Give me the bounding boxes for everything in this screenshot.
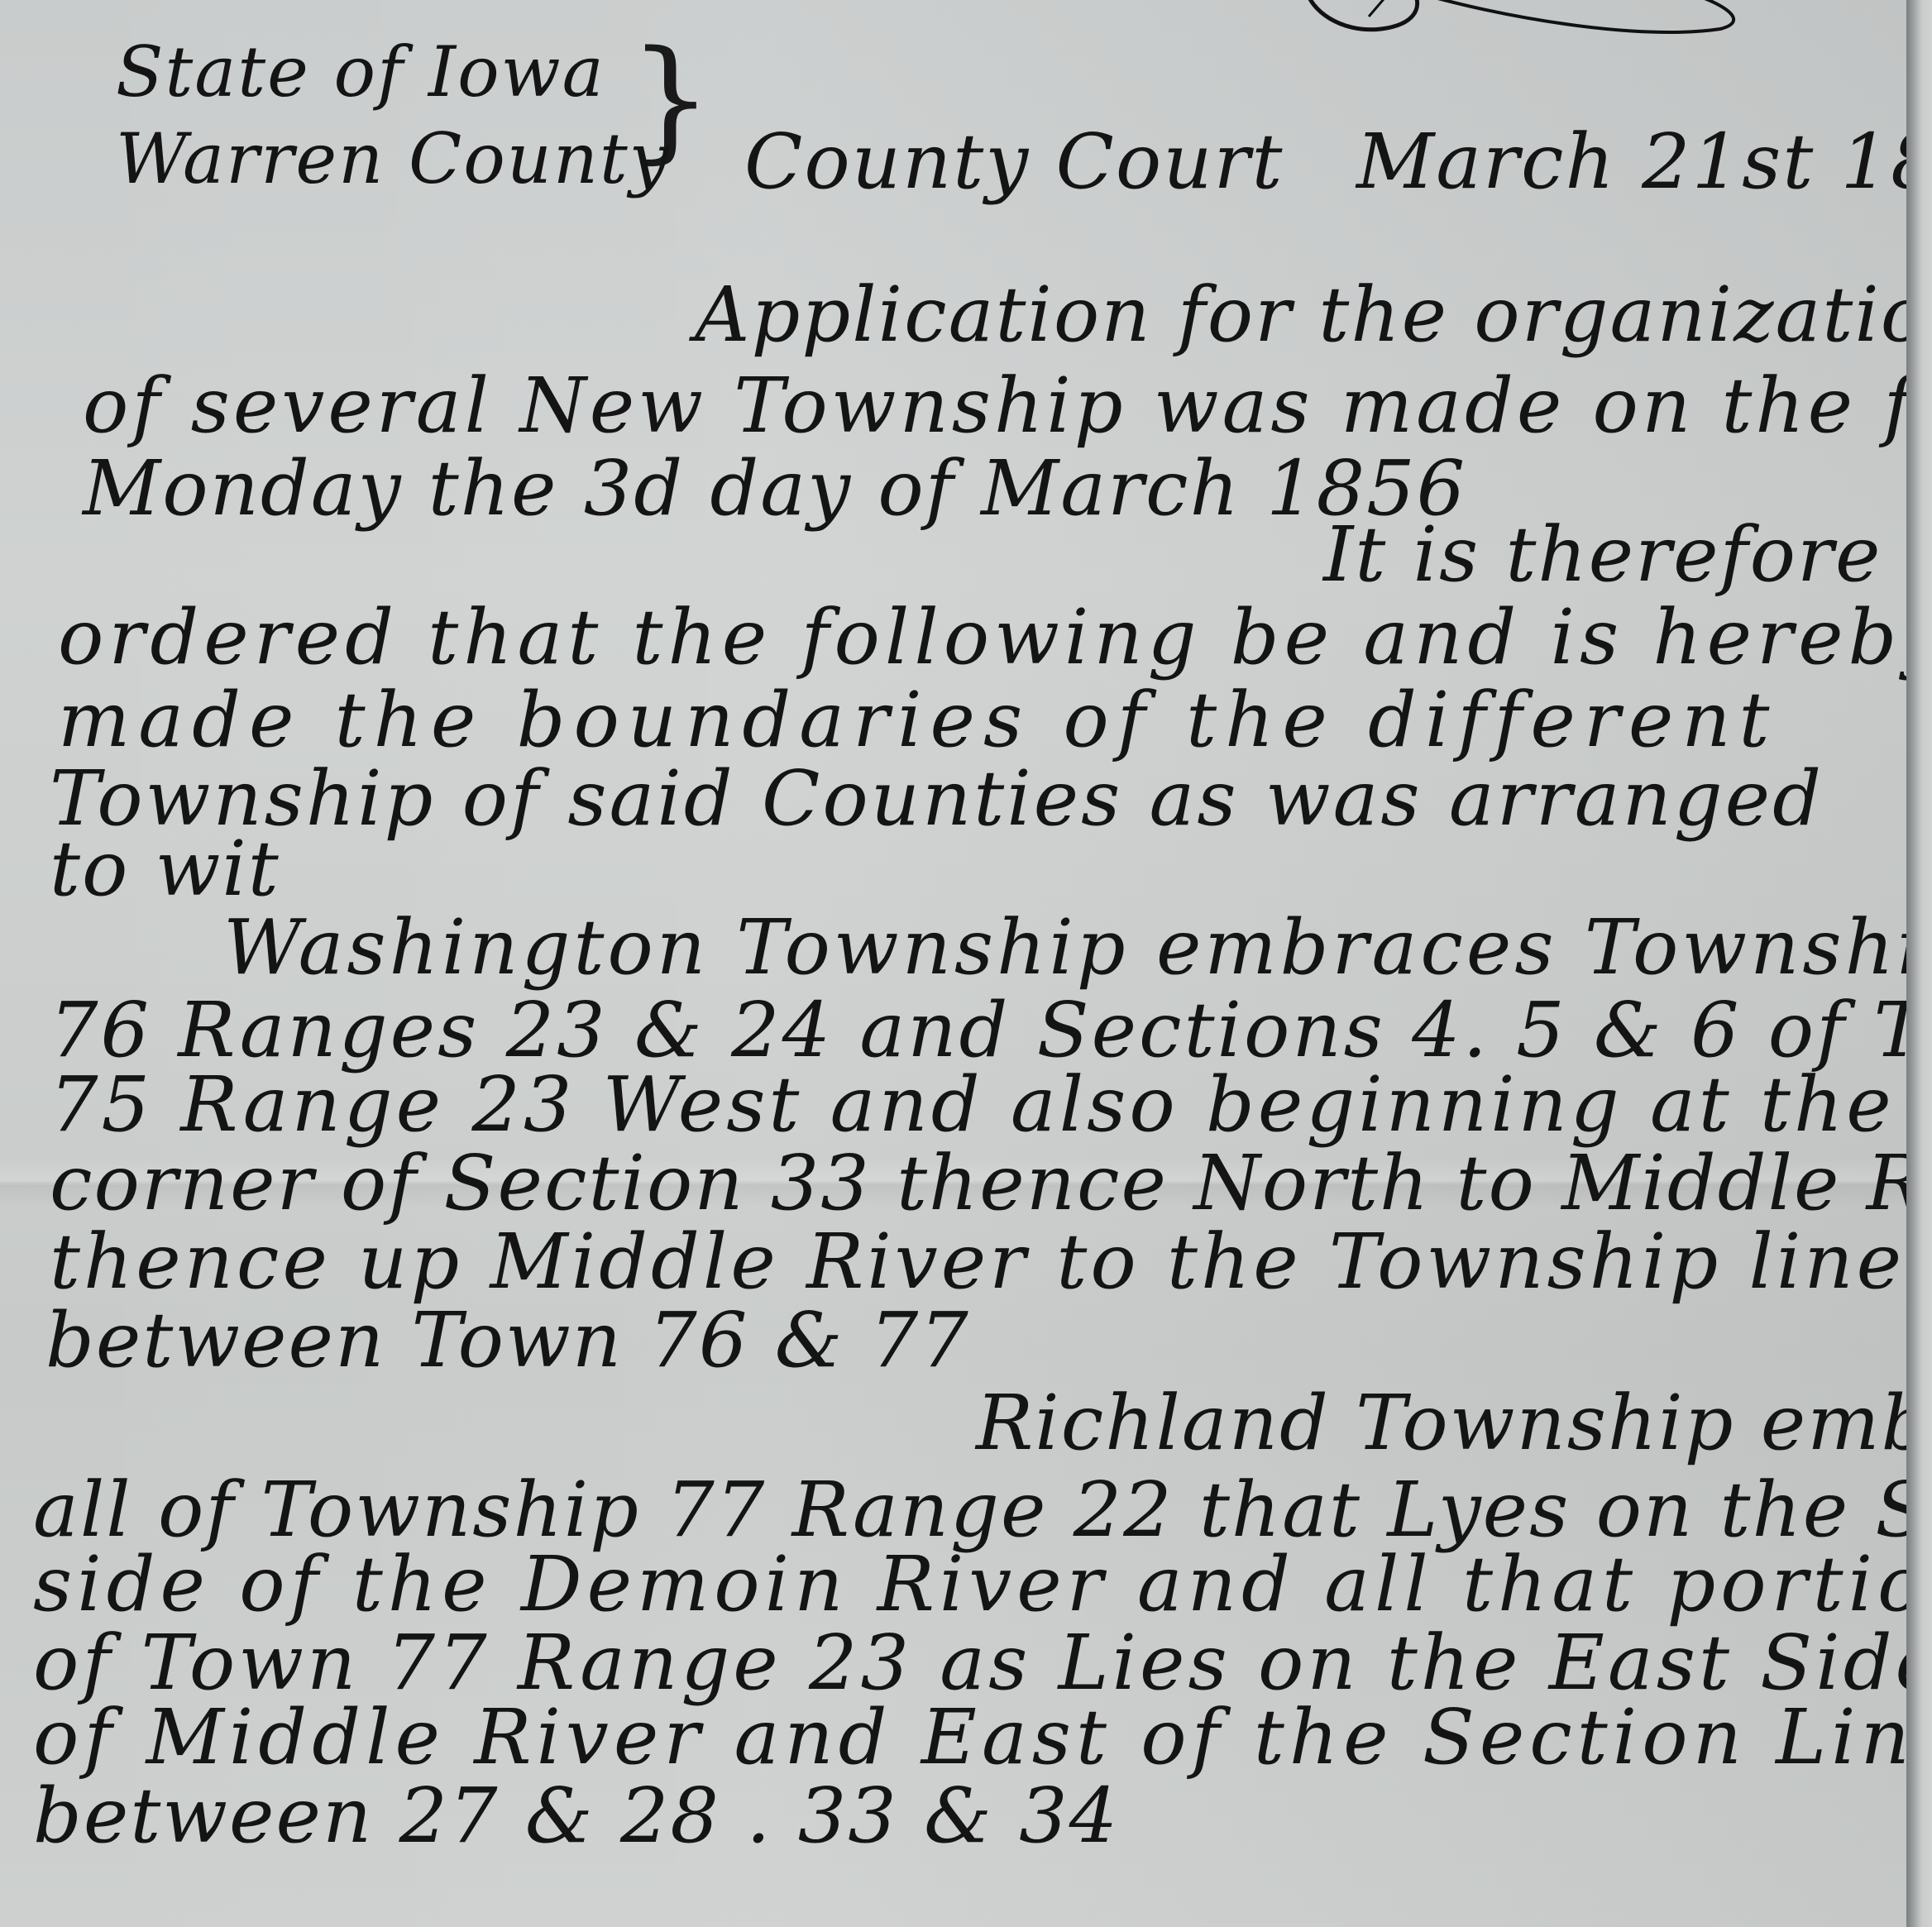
body-line-6: made the boundaries of the different: [58, 682, 1778, 758]
body-line-16: all of Township 77 Range 22 that Lyes on…: [33, 1472, 1932, 1548]
header-court: County Court: [744, 124, 1284, 200]
body-line-2: of several New Township was made on the …: [83, 368, 1932, 444]
body-line-15: Richland Township embraces: [976, 1385, 1932, 1461]
body-line-4: It is therefore: [1323, 517, 1882, 593]
body-line-13: thence up Middle River to the Township l…: [50, 1224, 1905, 1300]
body-line-7: Township of said Counties as was arrange…: [50, 761, 1824, 837]
body-line-10: 76 Ranges 23 & 24 and Sections 4. 5 & 6 …: [50, 992, 1932, 1069]
body-line-14: between Town 76 & 77: [45, 1303, 970, 1379]
page-edge-shadow: [1906, 0, 1932, 1927]
body-line-3: Monday the 3d day of March 1856: [83, 451, 1466, 527]
document-page: State of Iowa } Warren County County Cou…: [0, 0, 1910, 1927]
header-state: State of Iowa: [116, 37, 605, 107]
signature-flourish-icon: [1290, 0, 1753, 41]
body-line-17: side of the Demoin River and all that po…: [33, 1547, 1932, 1623]
body-line-12: corner of Section 33 thence North to Mid…: [50, 1145, 1932, 1222]
header-county: Warren County: [116, 124, 670, 194]
body-line-8: to wit: [50, 831, 280, 907]
body-line-9: Washington Township embraces Township: [223, 910, 1932, 986]
header-date: March 21st 1856: [1356, 124, 1932, 200]
body-line-5: ordered that the following be and is her…: [58, 600, 1932, 676]
body-line-20: between 27 & 28 . 33 & 34: [33, 1778, 1119, 1854]
body-line-11: 75 Range 23 West and also beginning at t…: [50, 1067, 1932, 1143]
body-line-19: of Middle River and East of the Section …: [33, 1700, 1932, 1776]
body-line-1: Application for the organization: [695, 277, 1932, 353]
body-line-18: of Town 77 Range 23 as Lies on the East …: [33, 1625, 1932, 1701]
